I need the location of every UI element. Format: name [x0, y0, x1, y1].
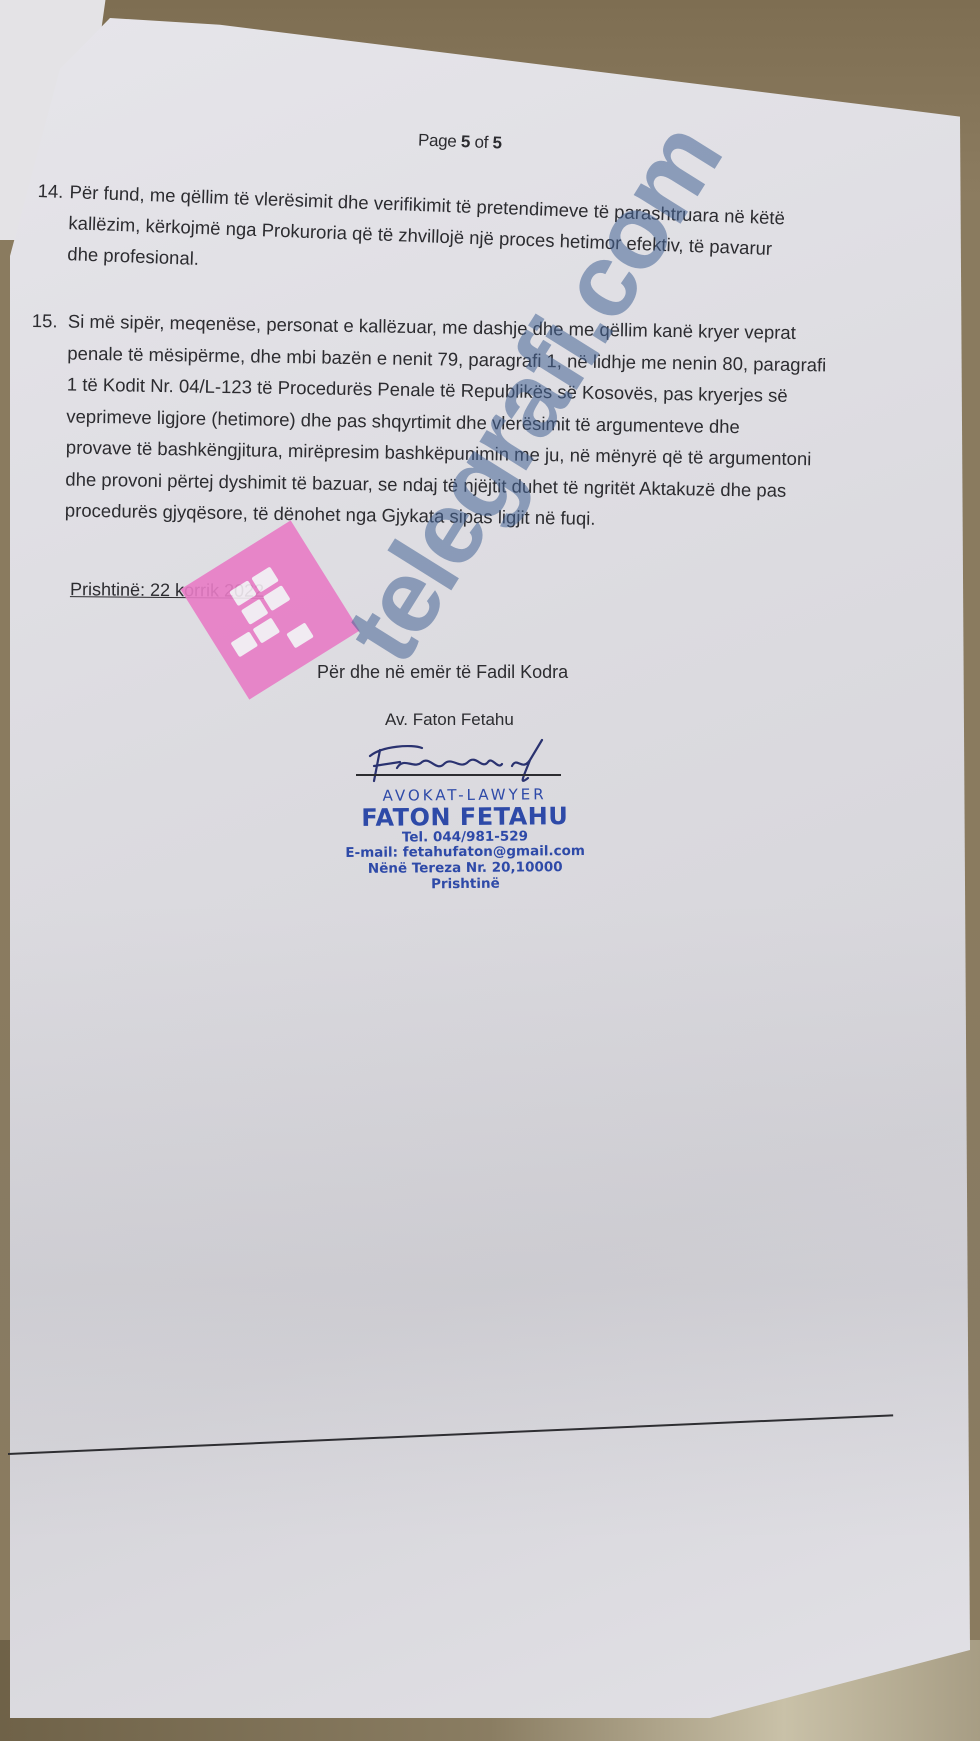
- stamp-address: Nënë Tereza Nr. 20,10000 Prishtinë: [340, 859, 590, 893]
- on-behalf-line: Për dhe në emër të Fadil Kodra: [317, 662, 568, 683]
- page-current: 5: [461, 132, 471, 151]
- page-indicator: Page 5 of 5: [418, 131, 502, 154]
- document-content: Page 5 of 5 14.Për fund, me qëllim të vl…: [0, 0, 980, 1741]
- paragraph-number: 15.: [32, 312, 68, 331]
- lawyer-stamp: AVOKAT-LAWYER FATON FETAHU Tel. 044/981-…: [340, 786, 591, 893]
- signature: [352, 726, 572, 786]
- signature-line: [356, 774, 561, 776]
- paragraph-line: Si më sipër, meqenëse, personat e kallëz…: [68, 311, 796, 343]
- stamp-name: FATON FETAHU: [340, 803, 590, 831]
- page-total: 5: [492, 133, 502, 152]
- paragraph-number: 14.: [37, 182, 70, 202]
- page-label: Page: [418, 131, 457, 151]
- bottom-rule: [8, 1414, 893, 1455]
- page-of: of: [474, 133, 488, 152]
